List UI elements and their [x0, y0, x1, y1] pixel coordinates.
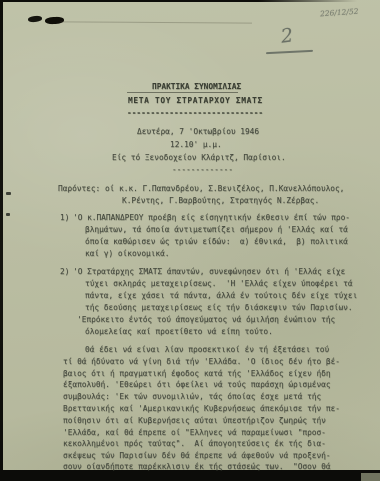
item1-number: 1) — [60, 213, 69, 222]
typed-line: κεκολλημένοι πρός ταύτας". Αί άπογοητεύσ… — [63, 439, 326, 448]
typed-line: τύχει σκληράς μεταχειρίσεως. 'Η 'Ελλάς ε… — [85, 279, 353, 288]
typed-line: βαιος ότι ή πραγματική έφοδος κατά τής '… — [63, 369, 331, 378]
document-title-line1: ΠΡΑΚΤΙΚΑ ΣΥΝΟΜΙΛΙΑΣ — [152, 82, 241, 91]
typed-line: 'Ελλάδα, καί θά έπρεπε οί "Ελληνες νά πα… — [63, 428, 326, 437]
scan-edge-bottom-band — [0, 470, 380, 481]
margin-speck — [6, 213, 10, 216]
typed-line: σκέψεως τών Παρισίων δέν θά έπρεπε νά άφ… — [63, 451, 331, 460]
typed-line: πάντα, είχε χάσει τά πάντα, άλλά έν τούτ… — [85, 291, 357, 300]
typed-line: όποία καθώρισεν ώς τριών είδών: α) έθνικ… — [85, 237, 348, 246]
fold-line — [60, 21, 252, 23]
place-line: Είς τό Ξενοδοχείον Κλάριτζ, Παρίσιοι. — [112, 153, 286, 162]
document-scan: 226/12/52 2 ΠΡΑΚΤΙΚΑ ΣΥΝΟΜΙΛΙΑΣ ΜΕΤΑ ΤΟΥ… — [0, 0, 380, 481]
date-line: Δευτέρα, 7 'Οκτωβρίου 1946 — [137, 127, 259, 136]
typed-line: όλομελείας καί προετίθετο νά είπη τούτο. — [85, 327, 273, 336]
typed-line: τί θά ήδύνατο νά γίνη διά τήν 'Ελλάδα. '… — [63, 357, 340, 366]
typed-line: βλημάτων, τά όποία άντιμετωπίζει σήμερον… — [85, 225, 348, 234]
typed-line: σουν οίανδήποτε παρέκκλισιν έκ τής στάσε… — [63, 462, 331, 471]
margin-speck — [6, 192, 11, 195]
typed-line: Βρεττανικής καί 'Αμερικανικής Κυβερνήσεω… — [63, 404, 340, 413]
title-underline — [127, 92, 238, 93]
typed-line: 'Ο κ.ΠΑΠΑΝΔΡΕΟΥ προέβη είς είσηγητικήν έ… — [73, 213, 350, 222]
typed-line: ποίθησιν ότι αί Κυβερνήσεις αύται ύπεστή… — [63, 416, 326, 425]
time-line: 12.10' μ.μ. — [170, 140, 222, 149]
attendees-line: Κ.Ρέντης, Γ.Βαρβούτης, Στρατηγός Ν.Ζέρβα… — [122, 196, 319, 205]
meta-divider: ------------- — [172, 165, 233, 174]
typed-line: συμβουλάς: 'Εκ τών συνομιλιών, τάς όποία… — [63, 392, 321, 401]
page-number-underline — [266, 50, 313, 54]
typed-line: τής δεούσης μεταχειρίσεως είς τήν διάσκε… — [85, 303, 353, 312]
handwritten-page-number: 2 — [280, 24, 295, 47]
header-divider: ----------------------------- — [127, 108, 263, 117]
item2-number: 2) — [60, 267, 69, 276]
ink-smudge — [28, 15, 43, 22]
attendees-line: Παρόντες: οί κ.κ. Γ.Παπανδρέου, Σ.Βενιζέ… — [58, 184, 344, 193]
typed-line: 'Επρόκειτο έντός τού άπογεύματος νά όμιλ… — [77, 315, 335, 324]
typed-line: 'Ο Στρατάρχης ΣΜΑΤΣ άπαντών, συνεφώνησεν… — [73, 267, 345, 276]
archival-reference-note: 226/12/52 — [320, 7, 359, 19]
scan-edge-top — [0, 0, 380, 2]
document-title-line2: ΜΕΤΑ ΤΟΥ ΣΤΡΑΤΑΡΧΟΥ ΣΜΑΤΣ — [128, 96, 263, 105]
typed-line: καί γ) οίκονομικά. — [85, 249, 170, 258]
typed-line: Θά έδει νά είναι λίαν προσεκτικοί έν τή … — [85, 345, 329, 354]
scan-edge-bottom-notch — [361, 473, 380, 481]
scan-edge-left — [0, 0, 3, 481]
typed-line: έξαπολυθή. 'Εθεώρει ότι όφείλει νά τούς … — [63, 380, 331, 389]
